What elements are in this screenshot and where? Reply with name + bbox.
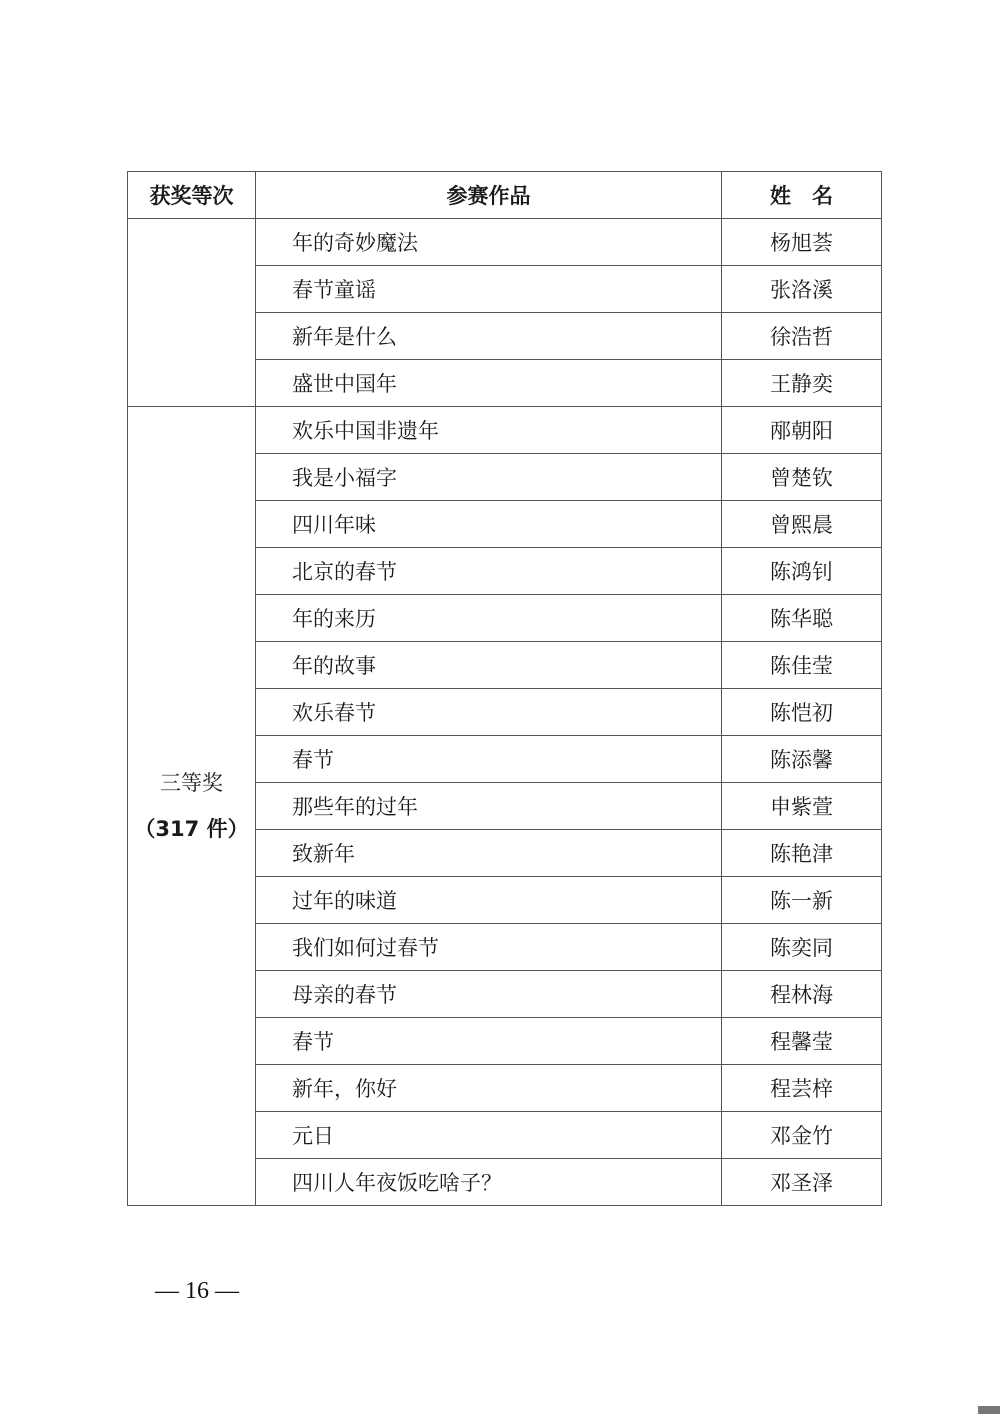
work-title: 四川人年夜饭吃啥子？: [256, 1159, 722, 1206]
author-name: 程馨莹: [722, 1018, 882, 1065]
work-title: 年的来历: [256, 595, 722, 642]
author-name: 陈一新: [722, 877, 882, 924]
work-title: 新年，你好: [256, 1065, 722, 1112]
author-name: 陈艳津: [722, 830, 882, 877]
work-title: 欢乐中国非遗年: [256, 407, 722, 454]
work-title: 欢乐春节: [256, 689, 722, 736]
author-name: 陈添馨: [722, 736, 882, 783]
work-title: 春节: [256, 1018, 722, 1065]
table-row: 三等奖（317 件）欢乐中国非遗年邴朝阳: [128, 407, 882, 454]
author-name: 曾楚钦: [722, 454, 882, 501]
work-title: 年的故事: [256, 642, 722, 689]
author-name: 陈鸿钊: [722, 548, 882, 595]
award-level-cell: [128, 219, 256, 407]
author-name: 陈奕同: [722, 924, 882, 971]
page-number: — 16 —: [155, 1278, 239, 1305]
work-title: 新年是什么: [256, 313, 722, 360]
author-name: 邴朝阳: [722, 407, 882, 454]
author-name: 曾熙晨: [722, 501, 882, 548]
work-title: 春节童谣: [256, 266, 722, 313]
work-title: 年的奇妙魔法: [256, 219, 722, 266]
scrollbar-corner: [978, 1406, 1000, 1414]
author-name: 邓圣泽: [722, 1159, 882, 1206]
author-name: 邓金竹: [722, 1112, 882, 1159]
author-name: 陈佳莹: [722, 642, 882, 689]
work-title: 我是小福字: [256, 454, 722, 501]
award-table: 获奖等次 参赛作品 姓 名 年的奇妙魔法杨旭荟春节童谣张洛溪新年是什么徐浩哲盛世…: [127, 171, 882, 1206]
header-award-level: 获奖等次: [128, 172, 256, 219]
work-title: 致新年: [256, 830, 722, 877]
work-title: 我们如何过春节: [256, 924, 722, 971]
header-work: 参赛作品: [256, 172, 722, 219]
award-count: （317 件）: [128, 806, 255, 852]
author-name: 徐浩哲: [722, 313, 882, 360]
header-name: 姓 名: [722, 172, 882, 219]
author-name: 张洛溪: [722, 266, 882, 313]
award-level-label: 三等奖: [128, 760, 255, 806]
work-title: 北京的春节: [256, 548, 722, 595]
work-title: 春节: [256, 736, 722, 783]
author-name: 陈恺初: [722, 689, 882, 736]
work-title: 四川年味: [256, 501, 722, 548]
work-title: 元日: [256, 1112, 722, 1159]
work-title: 母亲的春节: [256, 971, 722, 1018]
table-header-row: 获奖等次 参赛作品 姓 名: [128, 172, 882, 219]
author-name: 程林海: [722, 971, 882, 1018]
author-name: 程芸梓: [722, 1065, 882, 1112]
author-name: 杨旭荟: [722, 219, 882, 266]
author-name: 王静奕: [722, 360, 882, 407]
work-title: 过年的味道: [256, 877, 722, 924]
author-name: 申紫萱: [722, 783, 882, 830]
author-name: 陈华聪: [722, 595, 882, 642]
work-title: 那些年的过年: [256, 783, 722, 830]
work-title: 盛世中国年: [256, 360, 722, 407]
table-row: 年的奇妙魔法杨旭荟: [128, 219, 882, 266]
award-level-cell: 三等奖（317 件）: [128, 407, 256, 1206]
